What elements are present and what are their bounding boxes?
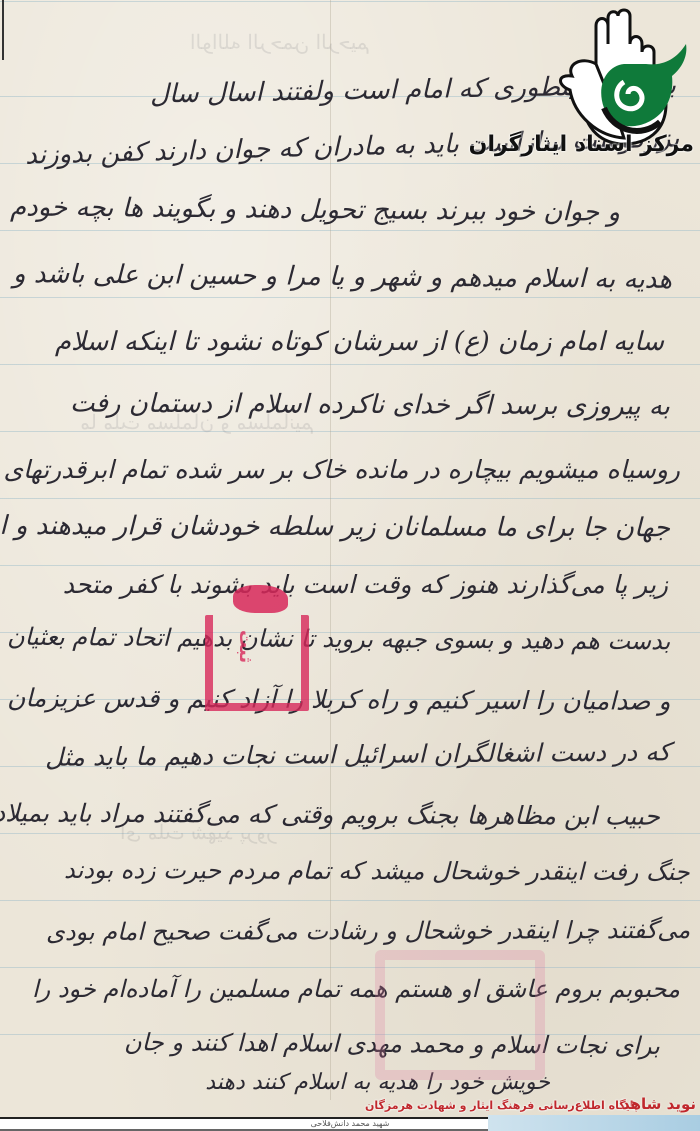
- red-stamp: ثبت: [205, 585, 305, 705]
- handwritten-line: هدیه به اسلام میدهم و شهر و یا مرا و حسی…: [13, 259, 672, 295]
- handwritten-line: می‌گفتند چرا اینقدر خوشحال و رشادت می‌گف…: [46, 916, 690, 946]
- handwritten-line: و جوان خود ببرند بسیج تحویل دهند و بگوین…: [10, 192, 620, 227]
- paper-edge: [2, 0, 4, 60]
- stamp-text: ثبت: [235, 630, 256, 663]
- logo-text: مرکز اسناد ایثارگران: [469, 132, 694, 157]
- handwritten-line: محبوبم بروم عاشق او هستم همه تمام مسلمین…: [32, 975, 680, 1003]
- handwritten-line: حبیب ابن مظاهرها بجنگ برویم وقتی که می‌گ…: [0, 798, 660, 830]
- faded-stamp: [375, 950, 545, 1080]
- handwritten-line: سایه امام زمان (ع) از سرشان کوتاه نشود ت…: [55, 327, 664, 357]
- stamp-blot: [233, 585, 288, 613]
- watermark-brand: نوید شاهد: [622, 1095, 696, 1113]
- handwritten-line: به پیروزی برسد اگر خدای ناکرده اسلام از …: [70, 388, 670, 421]
- handwritten-line: و صدامیان را اسیر کنیم و راه کربلا را آز…: [6, 683, 670, 715]
- bleed-through-text: الوالله الرحمن الرحیم: [190, 30, 370, 54]
- handwritten-line: که در دست اشغالگران اسرائیل است نجات دهی…: [44, 737, 670, 771]
- watermark-text: پایگاه اطلاع‌رسانی فرهنگ ایثار و شهادت ه…: [488, 1099, 638, 1112]
- logo: مرکز اسناد ایثارگران: [496, 4, 696, 154]
- handwritten-line: جهان جا برای ما مسلمانان زیر سلطه خودشان…: [0, 511, 670, 544]
- handwritten-line: بدست هم دهید و بسوی جبهه بروید تا نشان ب…: [7, 623, 671, 656]
- document-page: الوالله الرحمن الرحیم ما ملت مسلمان و مس…: [0, 0, 700, 1131]
- watermark: پایگاه اطلاع‌رسانی فرهنگ ایثار و شهادت ه…: [488, 1093, 700, 1131]
- handwritten-line: جنگ رفت اینقدر خوشحال میشد که تمام مردم …: [64, 856, 690, 886]
- handwritten-line: زیر پا می‌گذارند هنوز که وقت است باید بش…: [63, 570, 668, 599]
- watermark-background: [488, 1115, 700, 1131]
- handwritten-line: روسیاه میشویم بیچاره در مانده خاک بر سر …: [3, 455, 680, 484]
- stamp-frame: [205, 615, 309, 711]
